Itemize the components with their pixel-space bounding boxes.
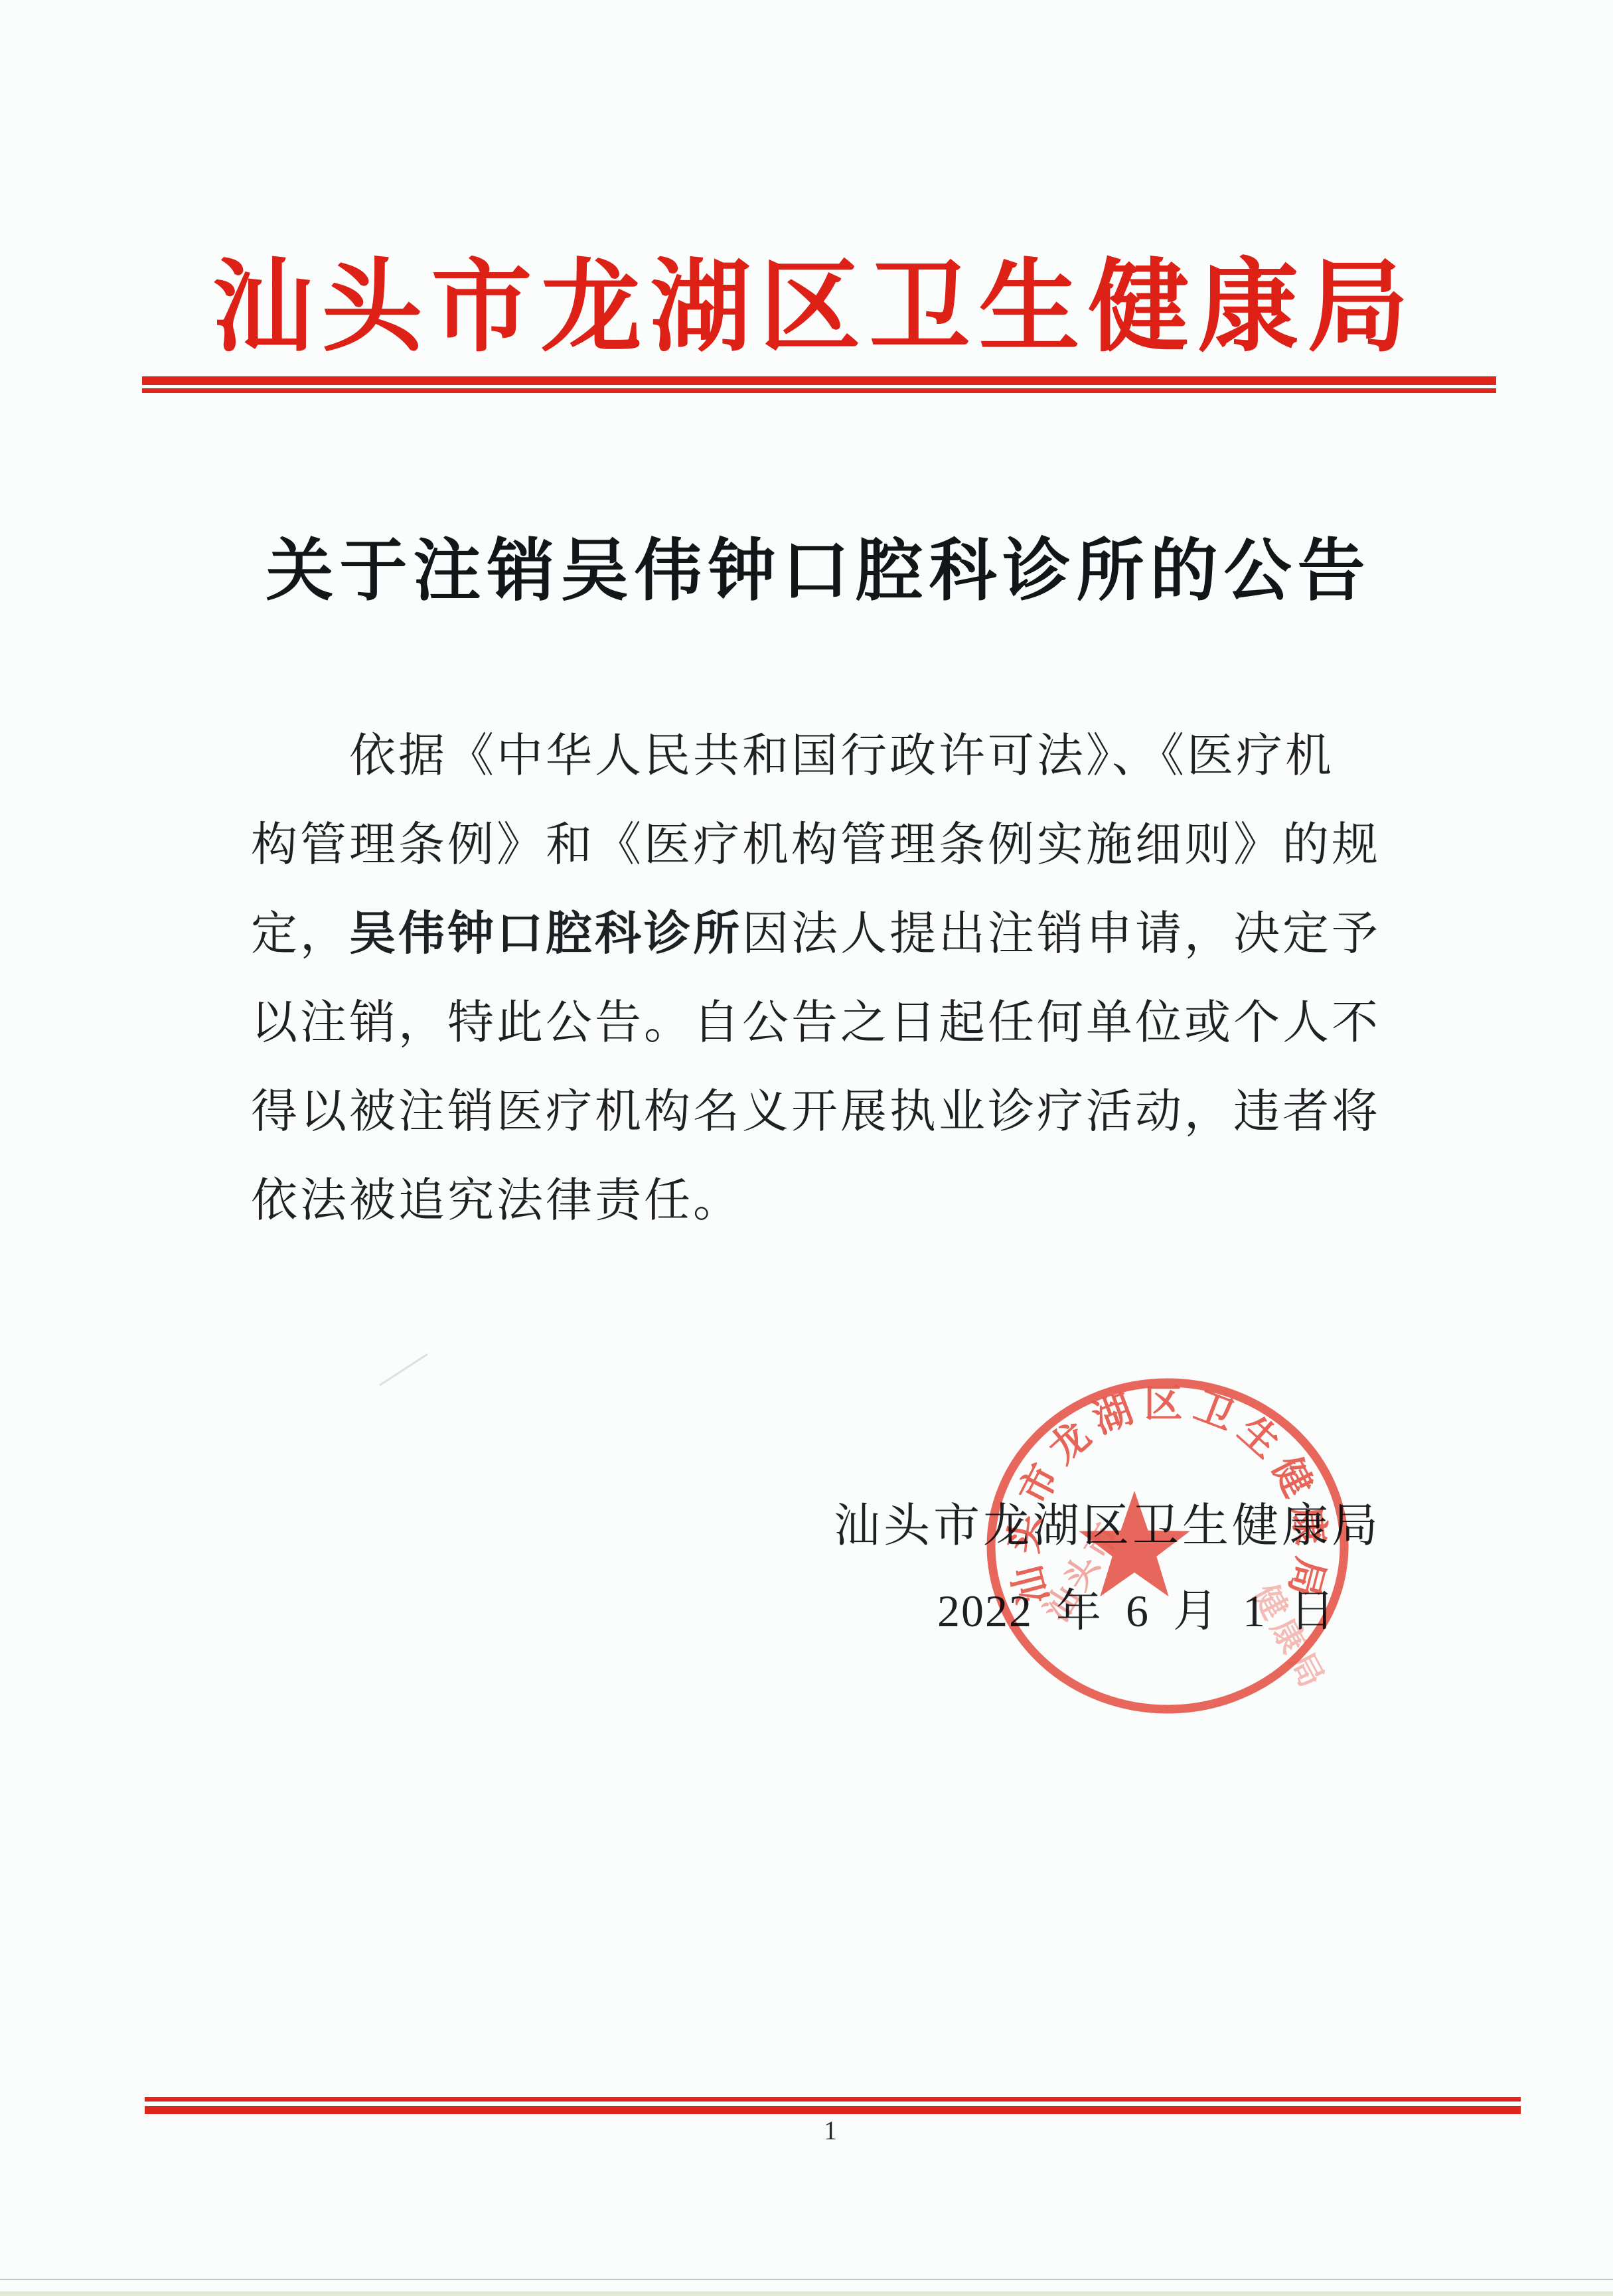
page-number: 1 xyxy=(24,2115,1613,2146)
scan-scratch-mark xyxy=(379,1353,428,1386)
body-line-text: 以注销，特此公告。自公告之日起任何单位或个人不 xyxy=(251,998,1381,1049)
footer-rule-thick xyxy=(145,2106,1521,2114)
clinic-name-bold: 吴伟钟口腔科诊所 xyxy=(349,909,742,960)
scan-edge-strip xyxy=(0,2291,1613,2296)
body-line-text: 依法被追究法律责任。 xyxy=(251,1176,742,1227)
body-line: 得以被注销医疗机构名义开展执业诊疗活动，违者将 xyxy=(251,1068,1383,1157)
body-line-text: 构管理条例》和《医疗机构管理条例实施细则》的规 xyxy=(251,820,1381,871)
seal-ring-text: 汕头市龙湖区卫生健康局 xyxy=(1002,1382,1334,1610)
scan-edge-line xyxy=(0,2279,1613,2280)
letterhead-title: 汕头市龙湖区卫生健康局 xyxy=(8,255,1613,361)
body-line: 定，吴伟钟口腔科诊所因法人提出注销申请，决定予 xyxy=(251,890,1383,979)
body-line-text: 定， xyxy=(251,909,349,960)
scanned-notice-page: 汕头市龙湖区卫生健康局 关于注销吴伟钟口腔科诊所的公告 依据《中华人民共和国行政… xyxy=(0,0,1613,2296)
body-line-text: 因法人提出注销申请，决定予 xyxy=(742,909,1381,960)
body-line-text: 得以被注销医疗机构名义开展执业诊疗活动，违者将 xyxy=(251,1087,1381,1138)
official-seal: 汕头市龙湖区卫生健康局 汕头市 健康局 xyxy=(982,1373,1353,1719)
body-line: 依据《中华人民共和国行政许可法》、《医疗机 xyxy=(251,712,1383,801)
header-rule-thin xyxy=(142,388,1496,393)
body-line: 依法被追究法律责任。 xyxy=(251,1157,1383,1246)
footer-rule-thin xyxy=(145,2097,1521,2102)
header-rule-thick xyxy=(142,376,1496,385)
body-line-text: 依据《中华人民共和国行政许可法》、《医疗机 xyxy=(349,731,1334,782)
body-line: 以注销，特此公告。自公告之日起任何单位或个人不 xyxy=(251,979,1383,1068)
document-title: 关于注销吴伟钟口腔科诊所的公告 xyxy=(12,534,1613,608)
body-line: 构管理条例》和《医疗机构管理条例实施细则》的规 xyxy=(251,801,1383,890)
body-paragraph: 依据《中华人民共和国行政许可法》、《医疗机 构管理条例》和《医疗机构管理条例实施… xyxy=(251,712,1383,1246)
